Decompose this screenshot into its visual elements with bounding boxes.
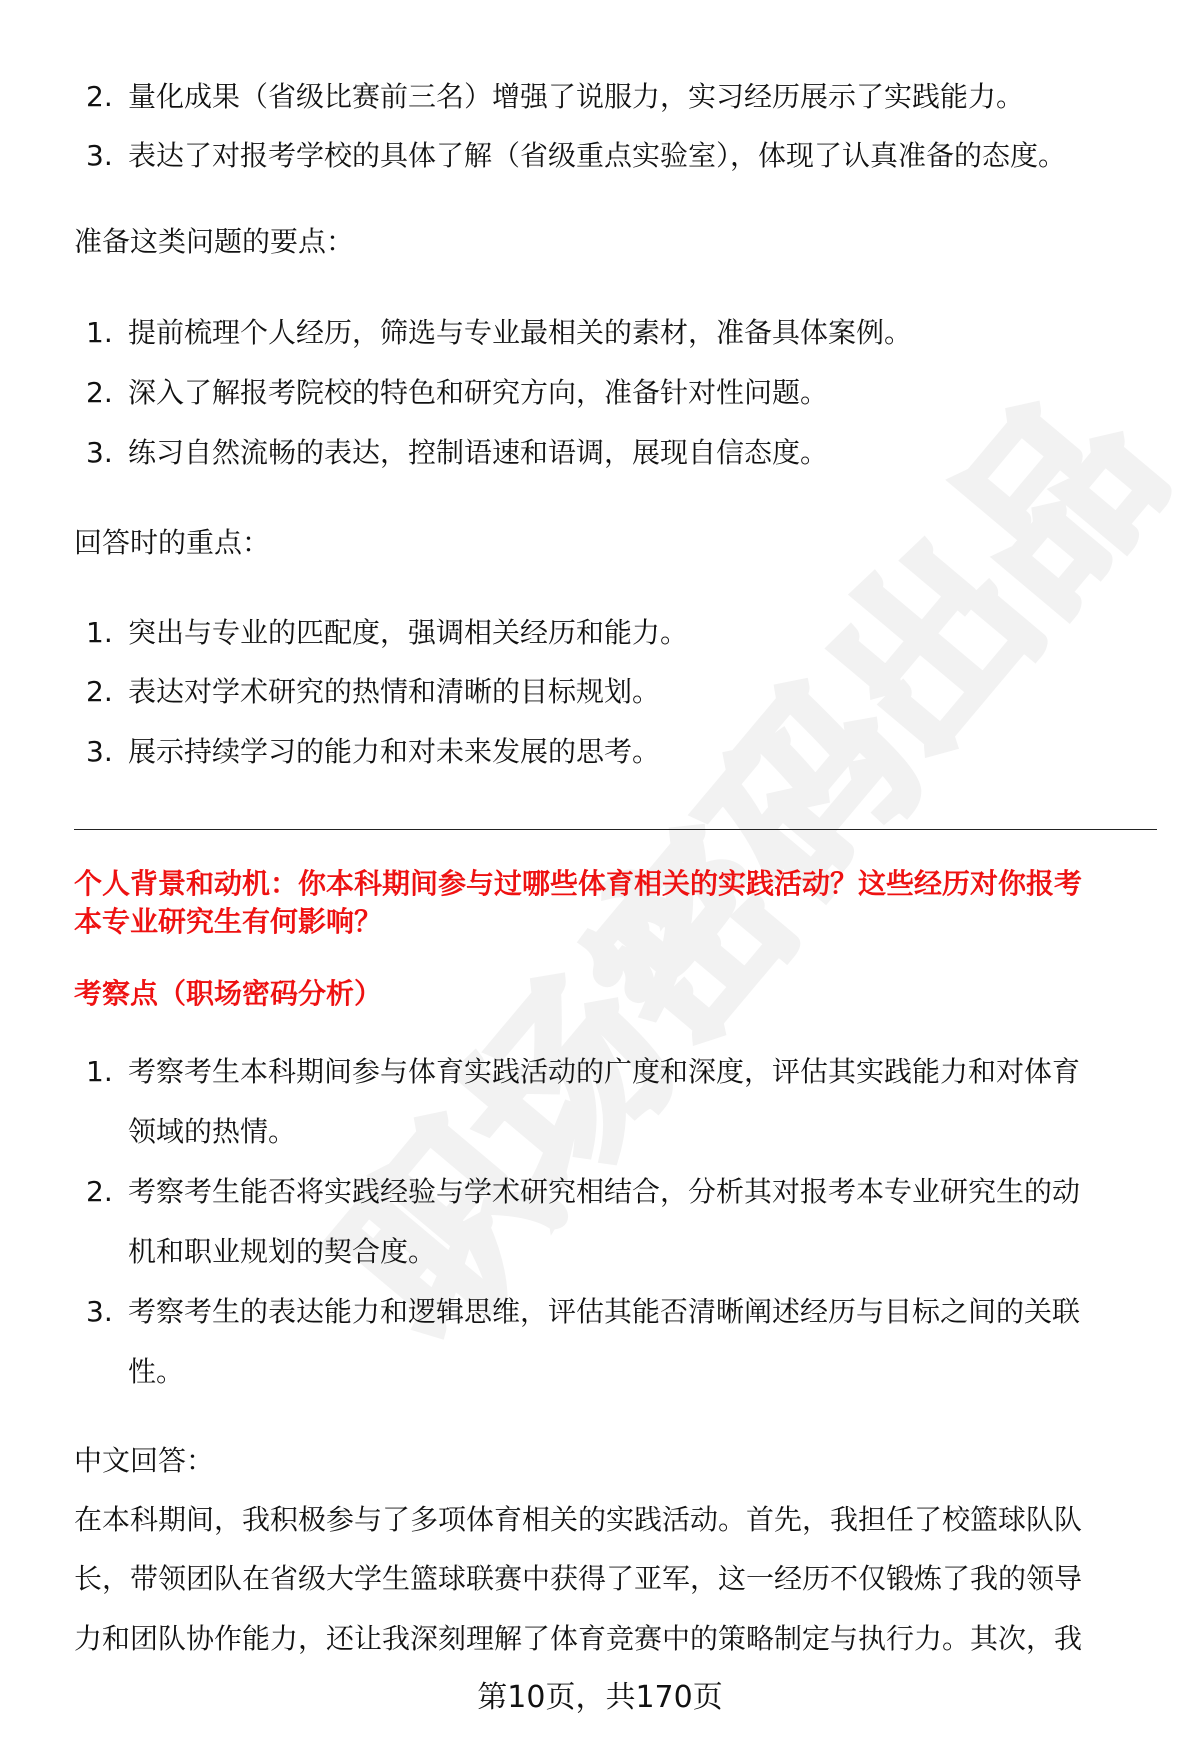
- answer-paragraph-line: 在本科期间，我积极参与了多项体育相关的实践活动。首先，我担任了校篮球队队: [74, 1503, 1082, 1537]
- list-item-cont: 领域的热情。: [128, 1115, 296, 1149]
- list-number: 2.: [86, 675, 113, 709]
- question-title-line1: 个人背景和动机：你本科期间参与过哪些体育相关的实践活动？这些经历对你报考: [74, 867, 1082, 901]
- list-number: 2.: [86, 376, 113, 410]
- list-item: 提前梳理个人经历，筛选与专业最相关的素材，准备具体案例。: [128, 316, 912, 350]
- list-number: 1.: [86, 616, 113, 650]
- list-number: 3.: [86, 735, 113, 769]
- list-item: 表达对学术研究的热情和清晰的目标规划。: [128, 675, 660, 709]
- list-number: 3.: [86, 436, 113, 470]
- exam-points-heading: 考察点（职场密码分析）: [74, 977, 382, 1011]
- list-item-cont: 性。: [128, 1355, 184, 1389]
- list-item: 深入了解报考院校的特色和研究方向，准备针对性问题。: [128, 376, 828, 410]
- list-item: 表达了对报考学校的具体了解（省级重点实验室），体现了认真准备的态度。: [128, 139, 1066, 173]
- watermark: 职场密码出品: [269, 332, 1200, 1381]
- list-item: 考察考生的表达能力和逻辑思维，评估其能否清晰阐述经历与目标之间的关联: [128, 1295, 1080, 1329]
- list-item: 量化成果（省级比赛前三名）增强了说服力，实习经历展示了实践能力。: [128, 80, 1024, 114]
- section-heading-answer: 回答时的重点：: [74, 526, 270, 560]
- list-number: 1.: [86, 1055, 113, 1089]
- answer-paragraph-line: 长，带领团队在省级大学生篮球联赛中获得了亚军，这一经历不仅锻炼了我的领导: [74, 1562, 1082, 1596]
- cn-answer-heading: 中文回答：: [74, 1444, 214, 1478]
- list-number: 1.: [86, 316, 113, 350]
- divider: [74, 829, 1157, 830]
- question-title-line2: 本专业研究生有何影响？: [74, 905, 382, 939]
- list-number: 3.: [86, 1295, 113, 1329]
- list-number: 2.: [86, 80, 113, 114]
- list-item: 突出与专业的匹配度，强调相关经历和能力。: [128, 616, 688, 650]
- list-item: 展示持续学习的能力和对未来发展的思考。: [128, 735, 660, 769]
- list-item: 考察考生能否将实践经验与学术研究相结合，分析其对报考本专业研究生的动: [128, 1175, 1080, 1209]
- list-item: 考察考生本科期间参与体育实践活动的广度和深度，评估其实践能力和对体育: [128, 1055, 1080, 1089]
- section-heading-prep: 准备这类问题的要点：: [74, 225, 354, 259]
- list-item-cont: 机和职业规划的契合度。: [128, 1235, 436, 1269]
- answer-paragraph-line: 力和团队协作能力，还让我深刻理解了体育竞赛中的策略制定与执行力。其次，我: [74, 1622, 1082, 1656]
- list-number: 3.: [86, 139, 113, 173]
- list-item: 练习自然流畅的表达，控制语速和语调，展现自信态度。: [128, 436, 828, 470]
- list-number: 2.: [86, 1175, 113, 1209]
- page-footer: 第10页，共170页: [0, 1680, 1200, 1716]
